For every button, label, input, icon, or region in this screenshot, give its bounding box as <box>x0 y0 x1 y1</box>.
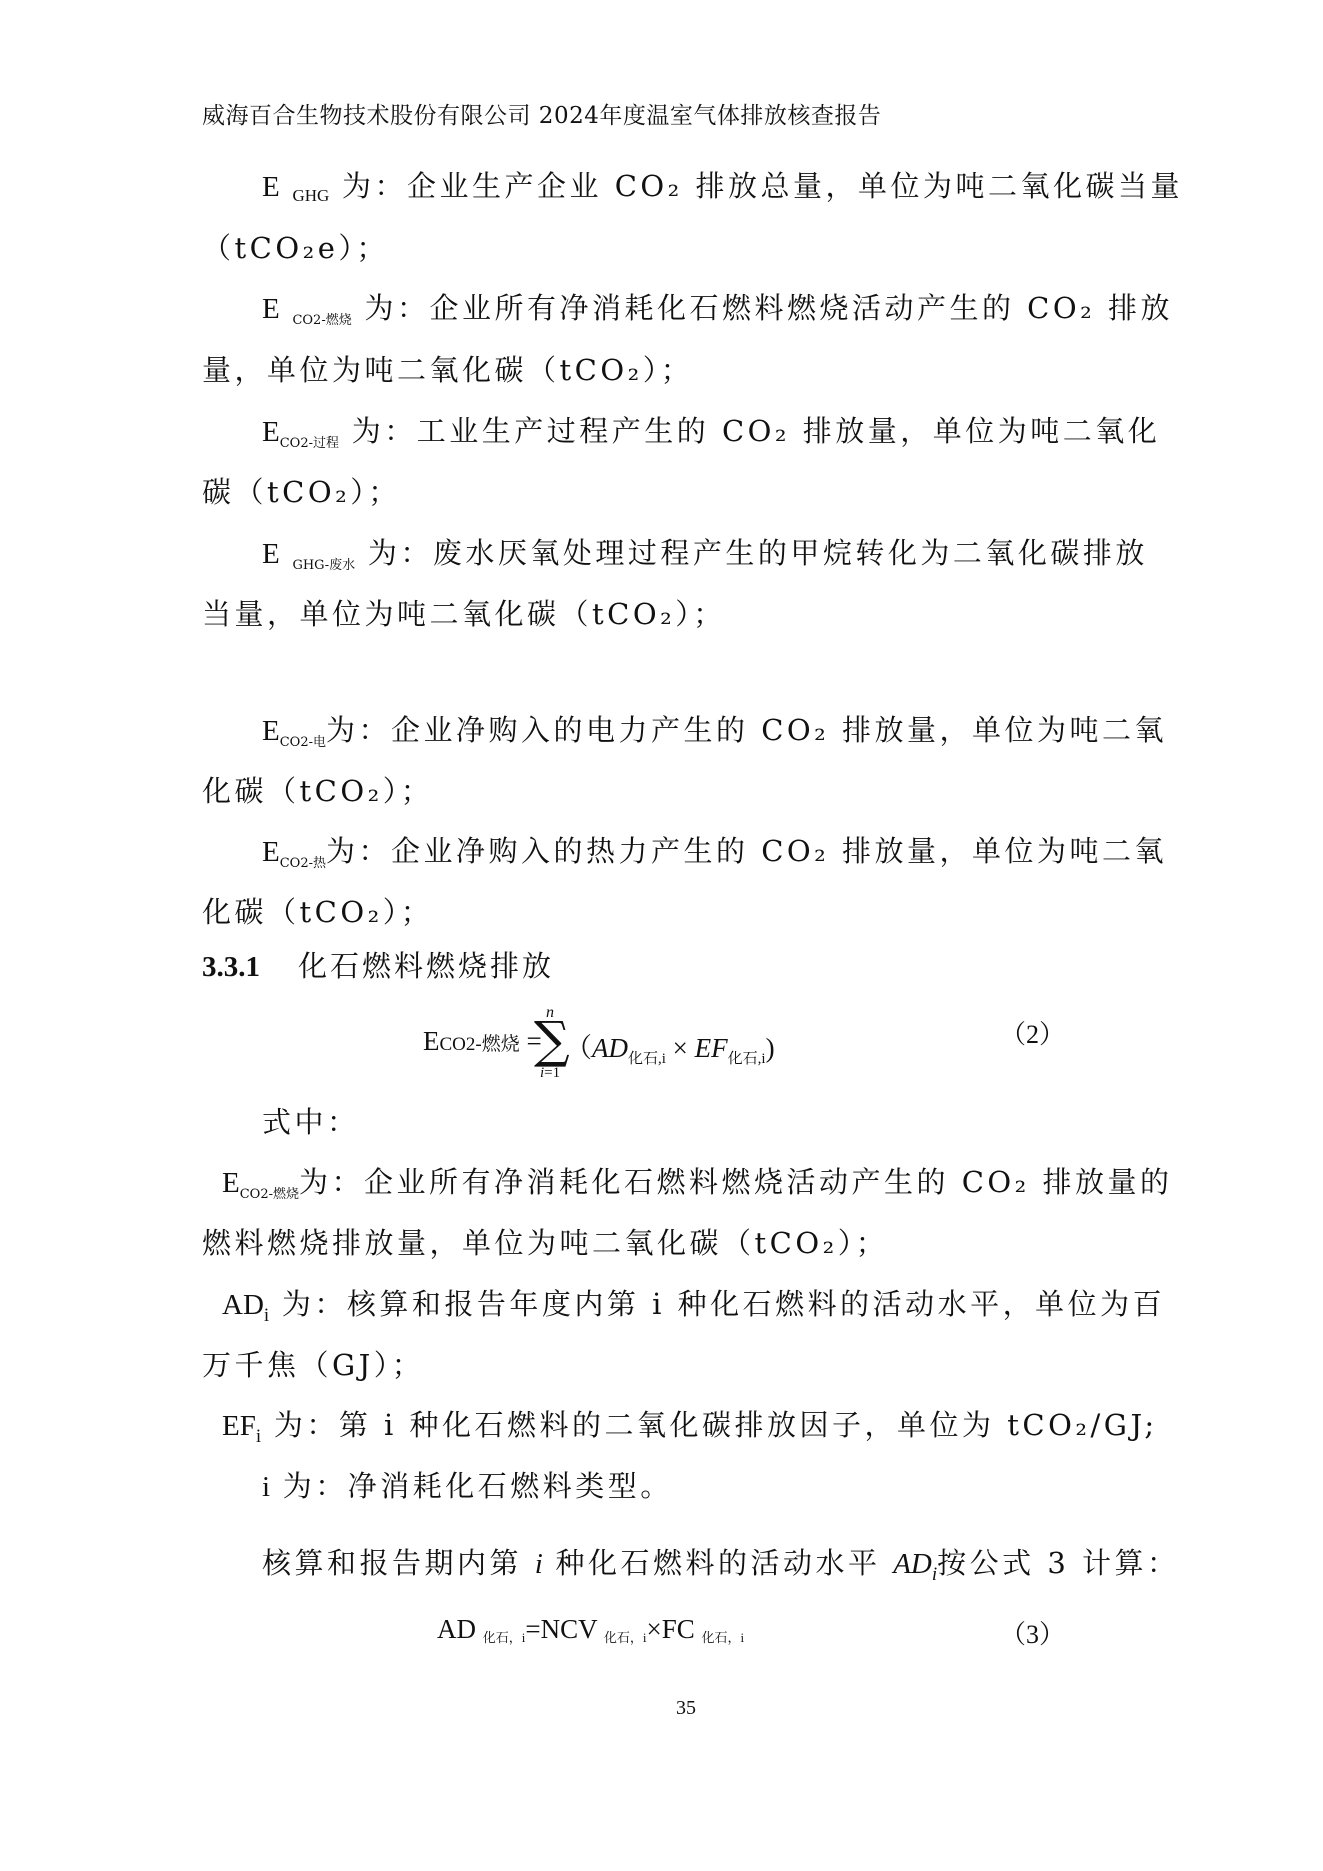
equation-number-2: （2） <box>1000 1014 1065 1051</box>
where-ef-i: EFi 为：第 i 种化石燃料的二氧化碳排放因子，单位为 tCO₂/GJ; <box>222 1403 1158 1448</box>
definition-e-co2-process: ECO2-过程 为：工业生产过程产生的 CO₂ 排放量，单位为吨二氧化 <box>262 409 1160 451</box>
definition-e-co2-combustion: E CO2-燃烧 为：企业所有净消耗化石燃料燃烧活动产生的 CO₂ 排放 <box>262 286 1173 328</box>
definition-e-co2-heat: ECO2-热为：企业净购入的热力产生的 CO₂ 排放量，单位为吨二氧 <box>262 829 1167 871</box>
document-page: 威海百合生物技术股份有限公司 2024年度温室气体排放核查报告 E GHG 为：… <box>0 0 1323 1871</box>
where-i: i 为：净消耗化石燃料类型。 <box>262 1464 673 1505</box>
definition-e-ghg-wastewater: E GHG-废水 为：废水厌氧处理过程产生的甲烷转化为二氧化碳排放 <box>262 531 1148 573</box>
equation-number-3: （3） <box>1000 1614 1065 1651</box>
where-ad-i-cont: 万千焦（GJ）； <box>202 1343 424 1384</box>
where-e-co2-combustion-cont: 燃料燃烧排放量，单位为吨二氧化碳（tCO₂）； <box>202 1221 888 1262</box>
definition-e-ghg-wastewater-cont: 当量，单位为吨二氧化碳（tCO₂）； <box>202 592 726 633</box>
definition-e-co2-electricity-cont: 化碳（tCO₂）； <box>202 769 433 810</box>
formula-3: AD 化石，i=NCV 化石，i×FC 化石，i <box>437 1614 744 1646</box>
definition-e-co2-heat-cont: 化碳（tCO₂）； <box>202 890 433 931</box>
definition-e-co2-combustion-cont: 量，单位为吨二氧化碳（tCO₂）； <box>202 348 693 389</box>
definition-e-ghg: E GHG 为：企业生产企业 CO₂ 排放总量，单位为吨二氧化碳当量 <box>262 164 1183 206</box>
formula-2: ECO2-燃烧 = <box>423 1026 542 1057</box>
where-label: 式中： <box>262 1100 360 1141</box>
page-number: 35 <box>676 1697 696 1720</box>
section-title: 化石燃料燃烧排放 <box>298 949 554 983</box>
definition-e-co2-process-cont: 碳（tCO₂）； <box>202 470 401 511</box>
page-header: 威海百合生物技术股份有限公司 2024年度温室气体排放核查报告 <box>202 97 881 130</box>
calculation-intro: 核算和报告期内第 i 种化石燃料的活动水平 ADi按公式 3 计算： <box>262 1541 1180 1586</box>
sum-lower-limit: i=1 <box>540 1065 560 1082</box>
where-e-co2-combustion: ECO2-燃烧为：企业所有净消耗化石燃料燃烧活动产生的 CO₂ 排放量的 <box>222 1160 1173 1202</box>
section-heading: 3.3.1化石燃料燃烧排放 <box>202 944 554 985</box>
definition-e-ghg-cont: （tCO₂e）； <box>202 226 389 267</box>
section-number: 3.3.1 <box>202 951 298 984</box>
definition-e-co2-electricity: ECO2-电为：企业净购入的电力产生的 CO₂ 排放量，单位为吨二氧 <box>262 708 1167 750</box>
formula-2-body: （AD化石,i × EF化石,i) <box>565 1026 775 1068</box>
where-ad-i: ADi 为：核算和报告年度内第 i 种化石燃料的活动水平，单位为百 <box>222 1282 1165 1327</box>
